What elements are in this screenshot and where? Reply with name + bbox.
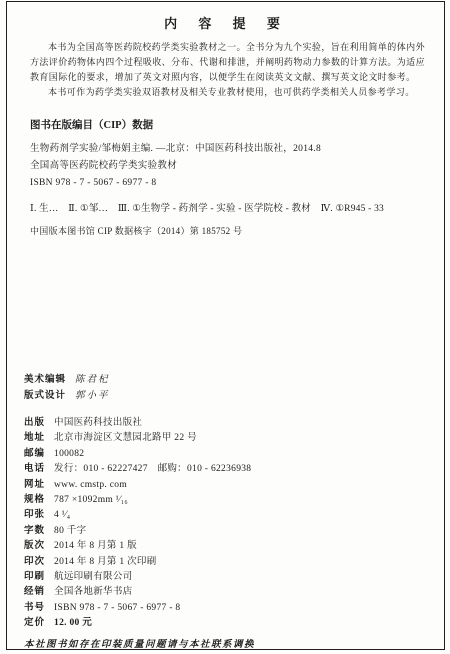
colophon-row-distributor: 经销 全国各地新华书店 [24,585,429,600]
colophon-value: 航远印刷有限公司 [54,570,132,585]
colophon-row-wordcount: 字数 80 千字 [24,524,429,539]
colophon-value: 2014 年 8 月第 1 次印刷 [54,555,156,570]
colophon-row-isbn: 书号 ISBN 978 - 7 - 5067 - 6977 - 8 [24,601,429,616]
colophon-value: 80 千字 [54,524,86,539]
colophon-label: 印次 [24,555,45,570]
colophon-label: 规格 [24,493,45,508]
summary-paragraph-2: 本书可作为药学类实验双语教材及相关专业教材使用，也可供药学类相关人员参考学习。 [30,85,425,100]
colophon-label: 版次 [24,539,45,554]
summary-paragraph-1: 本书为全国高等医药院校药学类实验教材之一。全书分为九个实验，旨在利用简单的体内外… [30,40,425,85]
copyright-page: 内 容 提 要 本书为全国高等医药院校药学类实验教材之一。全书分为九个实验，旨在… [0,0,450,654]
colophon-row-sheets: 印张 4 ¹⁄₄ [24,508,429,523]
colophon-value: 4 ¹⁄₄ [54,508,70,523]
credits-section: 美术编辑 陈君杞 版式设计 郭小平 [24,373,429,404]
colophon-row-publisher: 出版 中国医药科技出版社 [24,416,429,431]
quality-exchange-note: 本社图书如存在印装质量问题请与本社联系调换 [24,636,429,650]
cip-section: 图书在版编目（CIP）数据 生物药剂学实验/邹梅娟主编. —北京：中国医药科技出… [30,117,429,237]
colophon-value: 北京市海淀区文慧园北路甲 22 号 [54,431,197,446]
cip-heading: 图书在版编目（CIP）数据 [30,117,429,132]
colophon-value: 787 ×1092mm ¹⁄₁₆ [54,493,128,508]
cip-series-line: 全国高等医药院校药学类实验教材 [30,158,429,175]
colophon-label: 邮编 [24,447,45,462]
colophon-value: www. cmstp. com [54,478,127,493]
colophon-row-phone: 电话 发行：010 - 62227427 邮购：010 - 62236938 [24,462,429,477]
colophon-label: 字数 [24,524,45,539]
credit-value: 陈君杞 [75,373,110,389]
colophon-row-printer: 印刷 航远印刷有限公司 [24,570,429,585]
credit-label: 美术编辑 [24,373,66,389]
cip-isbn-line: ISBN 978 - 7 - 5067 - 6977 - 8 [30,175,429,192]
colophon-label: 出版 [24,416,45,431]
colophon-label: 书号 [24,601,45,616]
colophon-label: 印刷 [24,570,45,585]
credit-row-art-editor: 美术编辑 陈君杞 [24,373,429,389]
colophon-row-postcode: 邮编 100082 [24,447,429,462]
colophon-row-address: 地址 北京市海淀区文慧园北路甲 22 号 [24,431,429,446]
credit-value: 郭小平 [75,389,110,405]
colophon-value: 12. 00 元 [54,616,92,631]
content-summary-section: 内 容 提 要 本书为全国高等医药院校药学类实验教材之一。全书分为九个实验，旨在… [24,13,429,100]
colophon-row-website: 网址 www. cmstp. com [24,478,429,493]
colophon-label: 电话 [24,462,45,477]
colophon-label: 地址 [24,431,45,446]
credit-label: 版式设计 [24,389,66,405]
colophon-value: 全国各地新华书店 [54,585,132,600]
colophon-value: 发行：010 - 62227427 邮购：010 - 62236938 [54,462,251,477]
colophon-row-printing: 印次 2014 年 8 月第 1 次印刷 [24,555,429,570]
page-content: 内 容 提 要 本书为全国高等医药院校药学类实验教材之一。全书分为九个实验，旨在… [8,2,443,649]
colophon-label: 网址 [24,478,45,493]
colophon-section: 出版 中国医药科技出版社 地址 北京市海淀区文慧园北路甲 22 号 邮编 100… [24,416,429,632]
colophon-value: 中国医药科技出版社 [54,416,142,431]
colophon-row-edition: 版次 2014 年 8 月第 1 版 [24,539,429,554]
colophon-label: 印张 [24,508,45,523]
colophon-label: 定价 [24,616,45,631]
colophon-value: ISBN 978 - 7 - 5067 - 6977 - 8 [54,601,180,616]
cip-classification-line: Ⅰ. 生… Ⅱ. ①邹… Ⅲ. ①生物学 - 药剂学 - 实验 - 医学院校 -… [30,200,429,214]
colophon-value: 2014 年 8 月第 1 版 [54,539,137,554]
cip-title-line: 生物药剂学实验/邹梅娟主编. —北京：中国医药科技出版社，2014.8 [30,141,429,158]
colophon-row-price: 定价 12. 00 元 [24,616,429,631]
summary-title: 内 容 提 要 [24,13,429,32]
colophon-row-format: 规格 787 ×1092mm ¹⁄₁₆ [24,493,429,508]
cip-record-number-line: 中国版本图书馆 CIP 数据核字（2014）第 185752 号 [30,224,429,237]
colophon-label: 经销 [24,585,45,600]
credit-row-layout-designer: 版式设计 郭小平 [24,389,429,405]
colophon-value: 100082 [54,447,84,462]
